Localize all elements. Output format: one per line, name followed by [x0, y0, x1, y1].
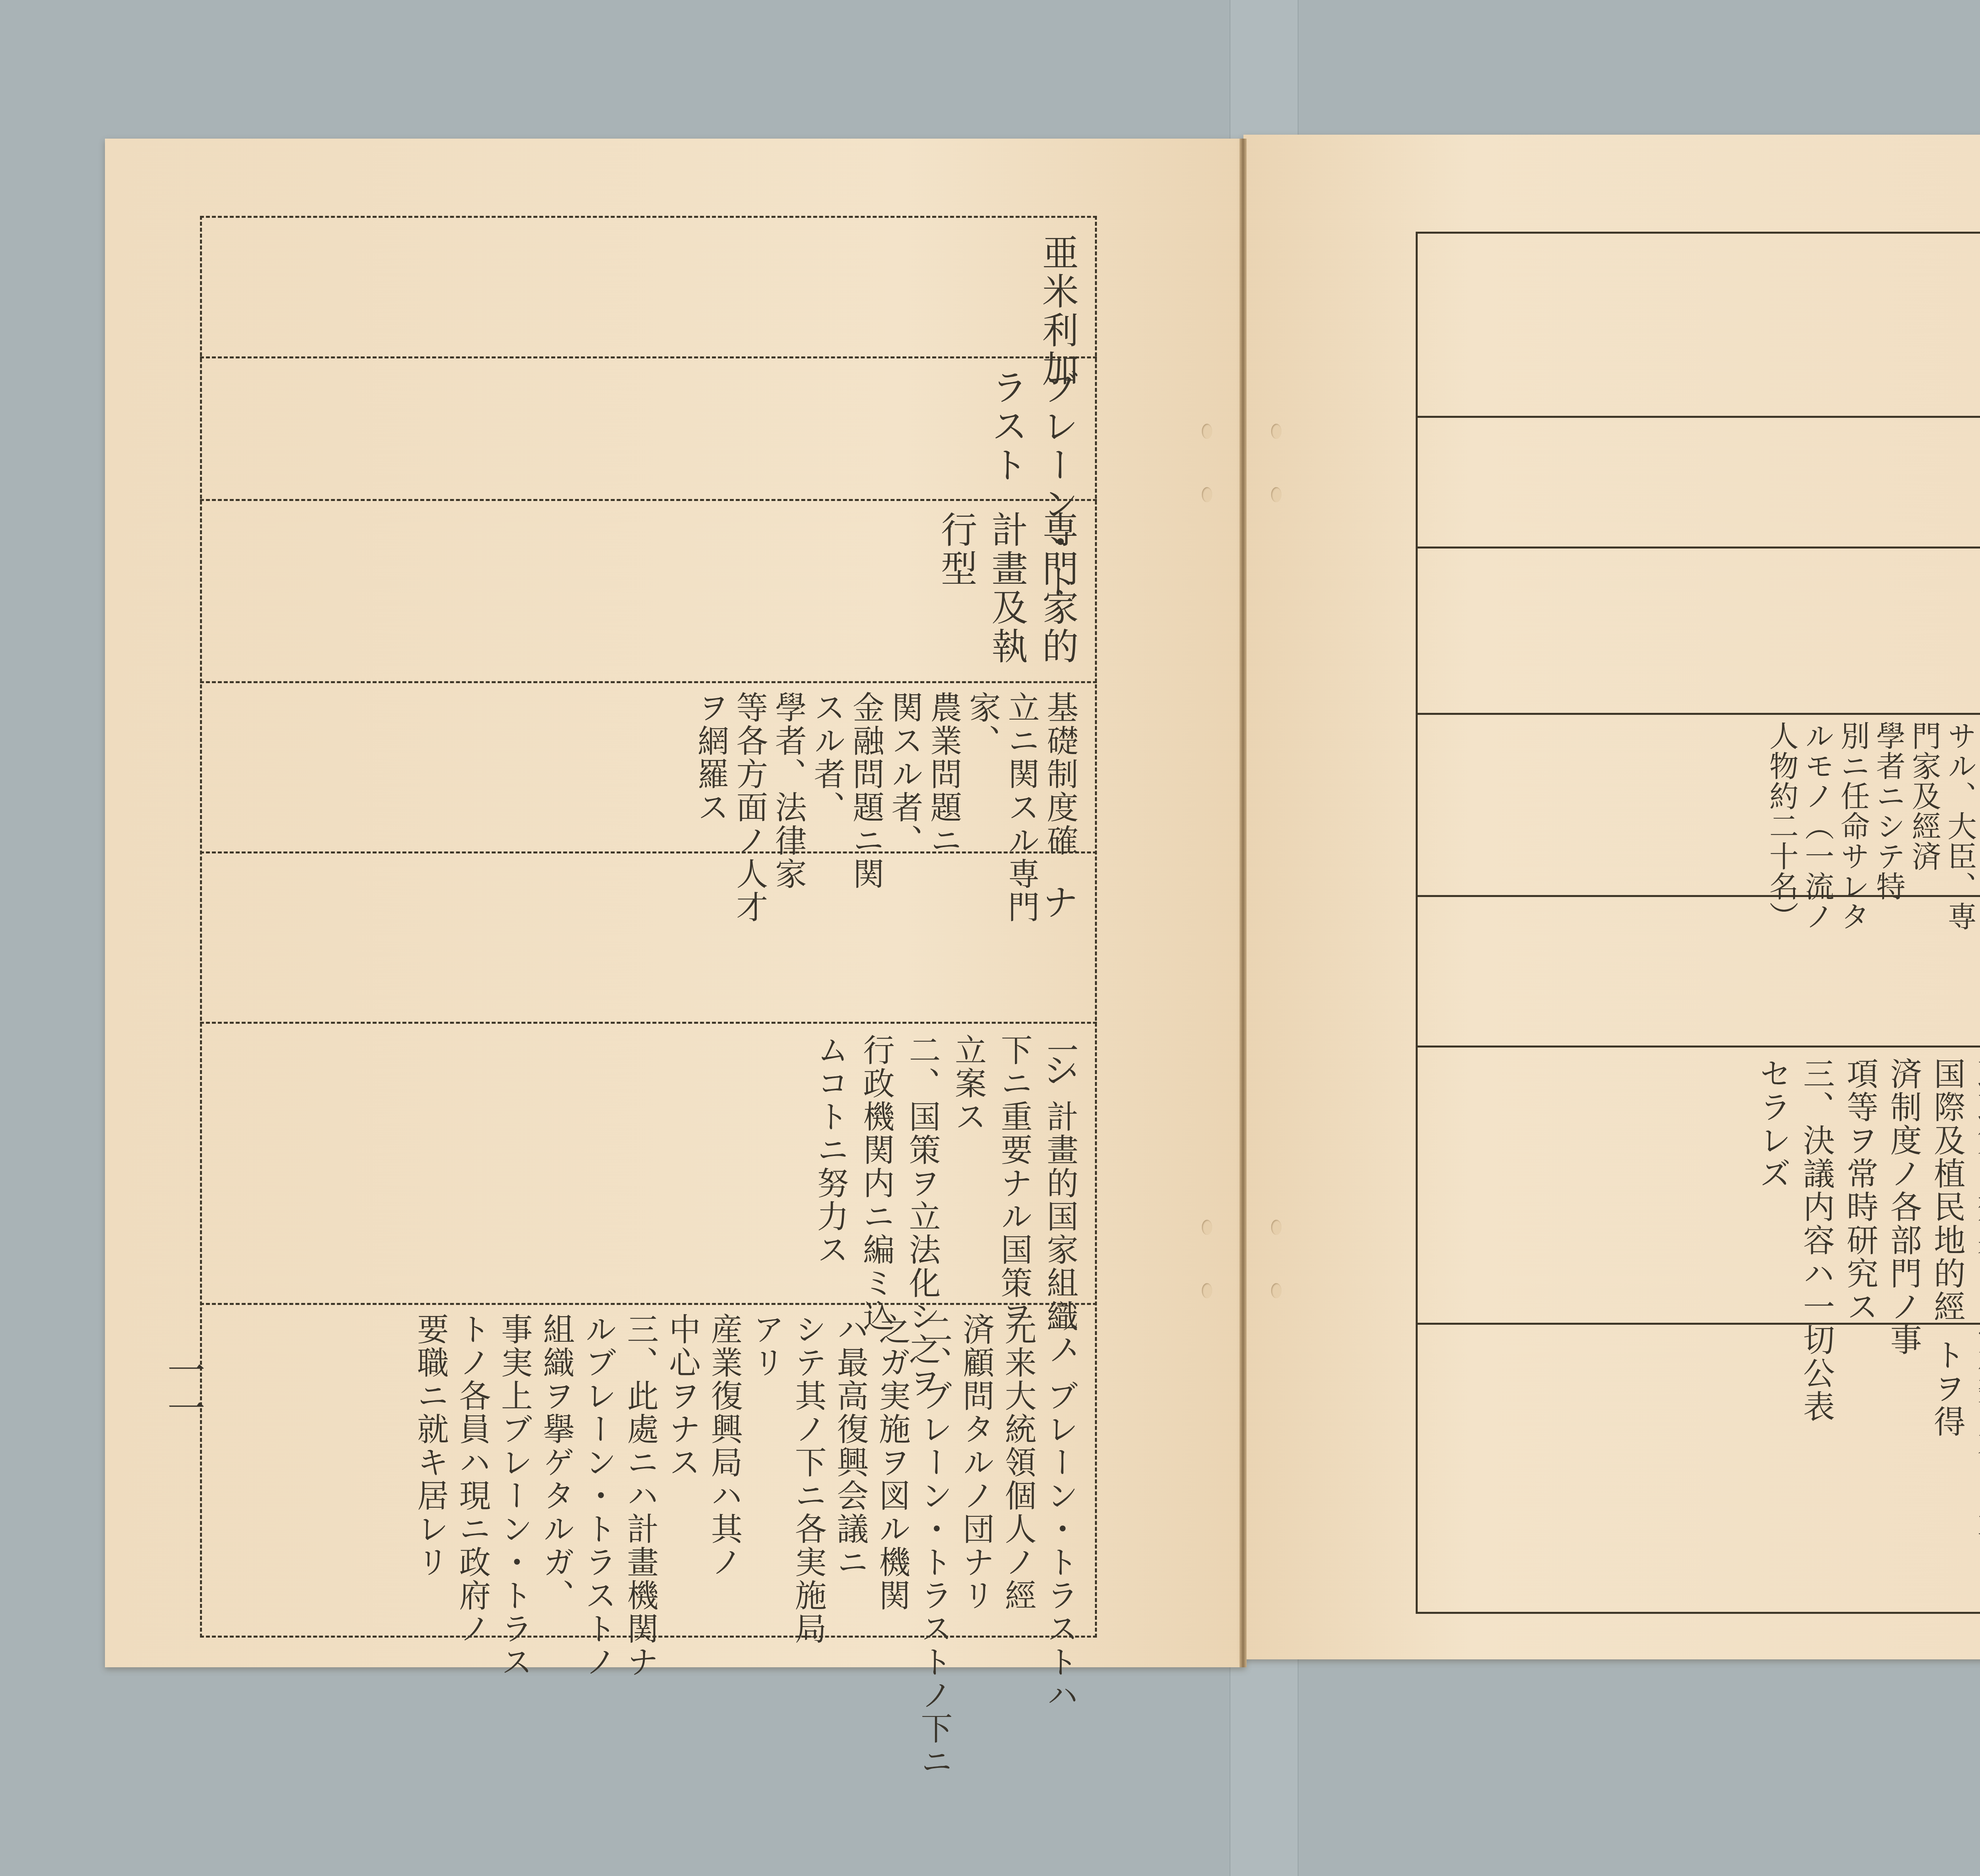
table-border-right [1095, 216, 1097, 1638]
cell-line: 門家及經済 [1908, 721, 1940, 891]
cell-line: 人物約二十名） [1765, 721, 1798, 891]
cell-line: 之ガ実施ヲ図ル機関 [874, 1313, 909, 1630]
cell-line: ブレーン・ト [1038, 368, 1077, 495]
cell-line: 国際及植民地的經 [1929, 1057, 1964, 1319]
binding-hole [1202, 1220, 1212, 1235]
cell-line: 一、計畫的国家組織ノ [1042, 1034, 1077, 1299]
table-rule [200, 1022, 1097, 1024]
cell-line: 元来大統領個人ノ經 [1000, 1313, 1035, 1630]
cell-line: ハ最高復興会議ニ [832, 1313, 867, 1630]
cell-line: セラレズ [1755, 1057, 1790, 1319]
book-gutter [1239, 139, 1247, 1667]
cell-line: 二、国策ヲ立法化シ之ヲ [904, 1034, 939, 1299]
left-council-form-cell: 専門家的 計畫及執 行型 [752, 511, 1077, 677]
cell-line: 行政機関内ニ編ミ込 [859, 1034, 893, 1299]
cell-line: 基礎制度確 [1042, 691, 1077, 849]
cell-line: 學者ニシテ特 [1872, 721, 1905, 891]
left-council-name-cell: ブレーン・ト ラスト [792, 368, 1077, 495]
cell-line: ヲ網羅ス [693, 691, 728, 849]
left-organization-cell: 基礎制度確 立ニ関スル専門 家、 農業問題ニ 関スル者、 金融問題ニ関 スル者、… [681, 691, 1077, 849]
cell-line: 二、ブレーン・トラストノ下ニ [916, 1313, 951, 1630]
cell-line: トノ各員ハ現ニ政府ノ [455, 1313, 489, 1630]
binding-hole [1202, 424, 1212, 439]
table-rule [200, 499, 1097, 501]
cell-line: 等各方面ノ人才 [732, 691, 767, 849]
table-rule [200, 1303, 1097, 1305]
cell-line: アリ [748, 1313, 783, 1630]
cell-line: 金融問題ニ関 [848, 691, 883, 849]
table-rule [200, 356, 1097, 358]
left-summary-cell: 一、ブレーン・トラストハ 元来大統領個人ノ經 済顧問タルノ団ナリ 二、ブレーン・… [348, 1313, 1077, 1630]
table-rule [1416, 232, 1980, 234]
cell-line: スル者、 [809, 691, 844, 849]
cell-line: 學者、法律家 [771, 691, 805, 849]
cell-line: 別委員会ヲ置クコ [1973, 1339, 1980, 1608]
cell-line: 済制度ノ各部門ノ事 [1886, 1057, 1921, 1319]
left-country: 亜米利加 [1038, 234, 1077, 352]
cell-line: 家、 [965, 691, 1000, 849]
cell-line: ラスト [987, 368, 1026, 495]
cell-line: シテ其ノ下ニ各実施局 [790, 1313, 825, 1630]
binding-hole [1271, 487, 1281, 502]
cell-line: 産業復興局ハ其ノ [706, 1313, 741, 1630]
cell-line: 済顧問タルノ団ナリ [958, 1313, 993, 1630]
cell-line: 立ニ関スル専門 [1003, 691, 1038, 849]
table-rule [1416, 547, 1980, 549]
cell-line: 計畫及執 [987, 511, 1026, 677]
table-rule [1416, 1612, 1980, 1614]
cell-line: 関スル者、 [887, 691, 922, 849]
cell-line: ムコトニ努力ス [813, 1034, 847, 1299]
left-powers-cell: 一、計畫的国家組織ノ 下ニ重要ナル国策ヲ 立案ス 二、国策ヲ立法化シ之ヲ 行政機… [733, 1034, 1077, 1299]
cell-line: ルモノ（一流ノ [1801, 721, 1833, 891]
cell-line: 三、此處ニハ計畫機関ナ [623, 1313, 657, 1630]
left-term-cell: ナ シ [1014, 883, 1077, 1018]
cell-line: 要職ニ就キ居レリ [413, 1313, 447, 1630]
table-rule [200, 681, 1097, 683]
table-rule [200, 216, 1097, 218]
binding-hole [1271, 1220, 1281, 1235]
right-organization-cell: 議長 總理大臣 議員 枢密院議長 商務大臣、農 務大臣、大蔵大 臣、植民大臣、 … [1727, 721, 1980, 891]
left-country-cell: 亜米利加 [958, 234, 1077, 352]
cell-line: 事実上ブレーン・トラス [497, 1313, 531, 1630]
table-rule [1416, 1046, 1980, 1048]
cell-line: 専門家的 [1038, 511, 1077, 677]
binding-hole [1202, 1283, 1212, 1298]
cell-line: 組織ヲ擧ゲタルガ、 [539, 1313, 573, 1630]
cell-line: ルブレーン・トラストノ [581, 1313, 615, 1630]
table-border-left [1416, 232, 1418, 1614]
cell-line: 中心ヲナス [664, 1313, 699, 1630]
table-rule [200, 851, 1097, 853]
cell-line: 農業問題ニ [926, 691, 961, 849]
binding-hole [1271, 1283, 1281, 1298]
cell-line: 立案ス [950, 1034, 985, 1299]
table-rule [1416, 713, 1980, 715]
cell-line: トヲ得 [1929, 1339, 1964, 1608]
cell-line: 別ニ任命サレタ [1837, 721, 1869, 891]
right-summary-cell: 英国ノ經済会議ハ純 然タル議長即チ總理 大臣ノ責任下ニ置カレ 議長ハ必要アル時ハ… [1917, 1339, 1980, 1608]
cell-line: 一、ブレーン・トラストハ [1042, 1313, 1077, 1630]
left-term: ナ シ [1038, 883, 1077, 1018]
table-rule [1416, 416, 1980, 418]
cell-line: 行型 [936, 511, 976, 677]
right-powers-cell: 一、經済問題ニ関シ政 府ニ意見ヲ具申ス 二、商工業ノ改善発達、 本国並大英帝国ノ… [1723, 1057, 1980, 1319]
binding-hole [1202, 487, 1212, 502]
cell-line: サル、大臣、専 [1944, 721, 1976, 891]
cell-line: 政政策ノ效果、国家 [1973, 1057, 1980, 1319]
cell-line: 項等ヲ常時研究ス [1842, 1057, 1877, 1319]
cell-line: 三、決議内容ハ一切公表 [1799, 1057, 1833, 1319]
left-page-number: 一一 [156, 1350, 211, 1427]
binding-hole [1271, 424, 1281, 439]
cell-line: 下ニ重要ナル国策ヲ [996, 1034, 1031, 1299]
